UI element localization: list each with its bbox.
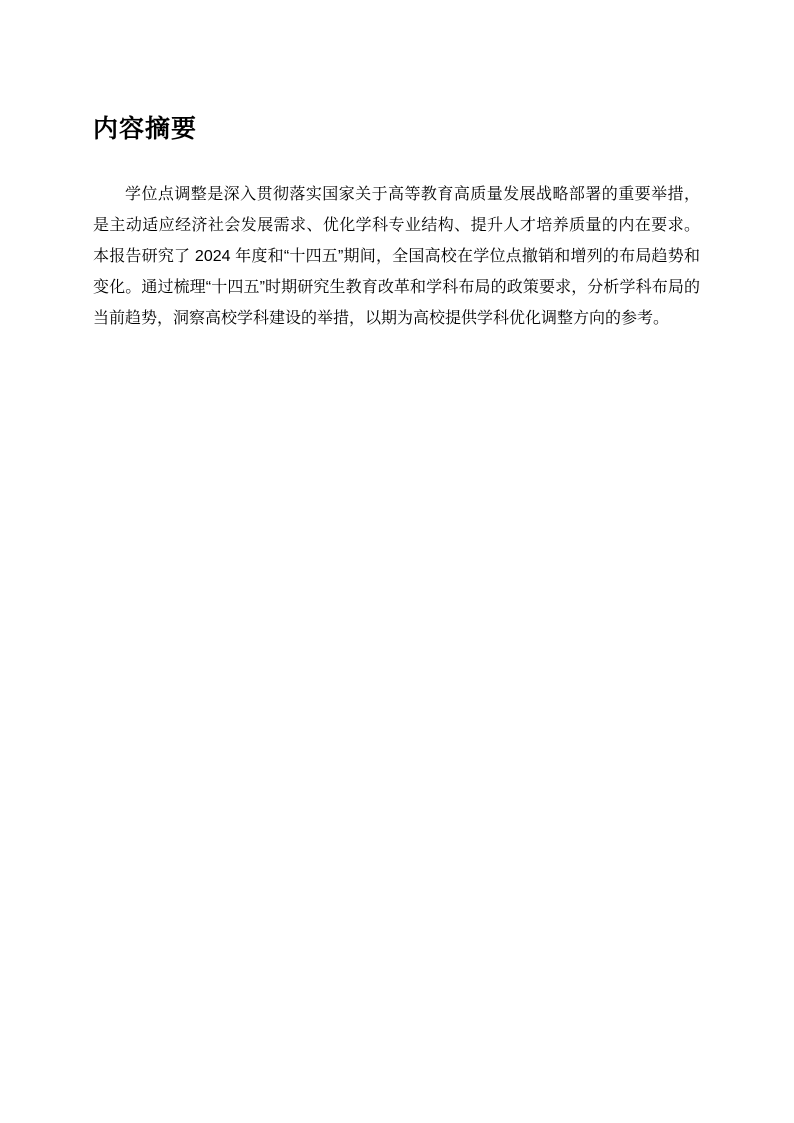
document-page: 内容摘要 学位点调整是深入贯彻落实国家关于高等教育高质量发展战略部署的重要举措，…: [0, 0, 794, 1123]
abstract-paragraph: 学位点调整是深入贯彻落实国家关于高等教育高质量发展战略部署的重要举措，是主动适应…: [93, 179, 700, 334]
document-title: 内容摘要: [93, 113, 700, 145]
